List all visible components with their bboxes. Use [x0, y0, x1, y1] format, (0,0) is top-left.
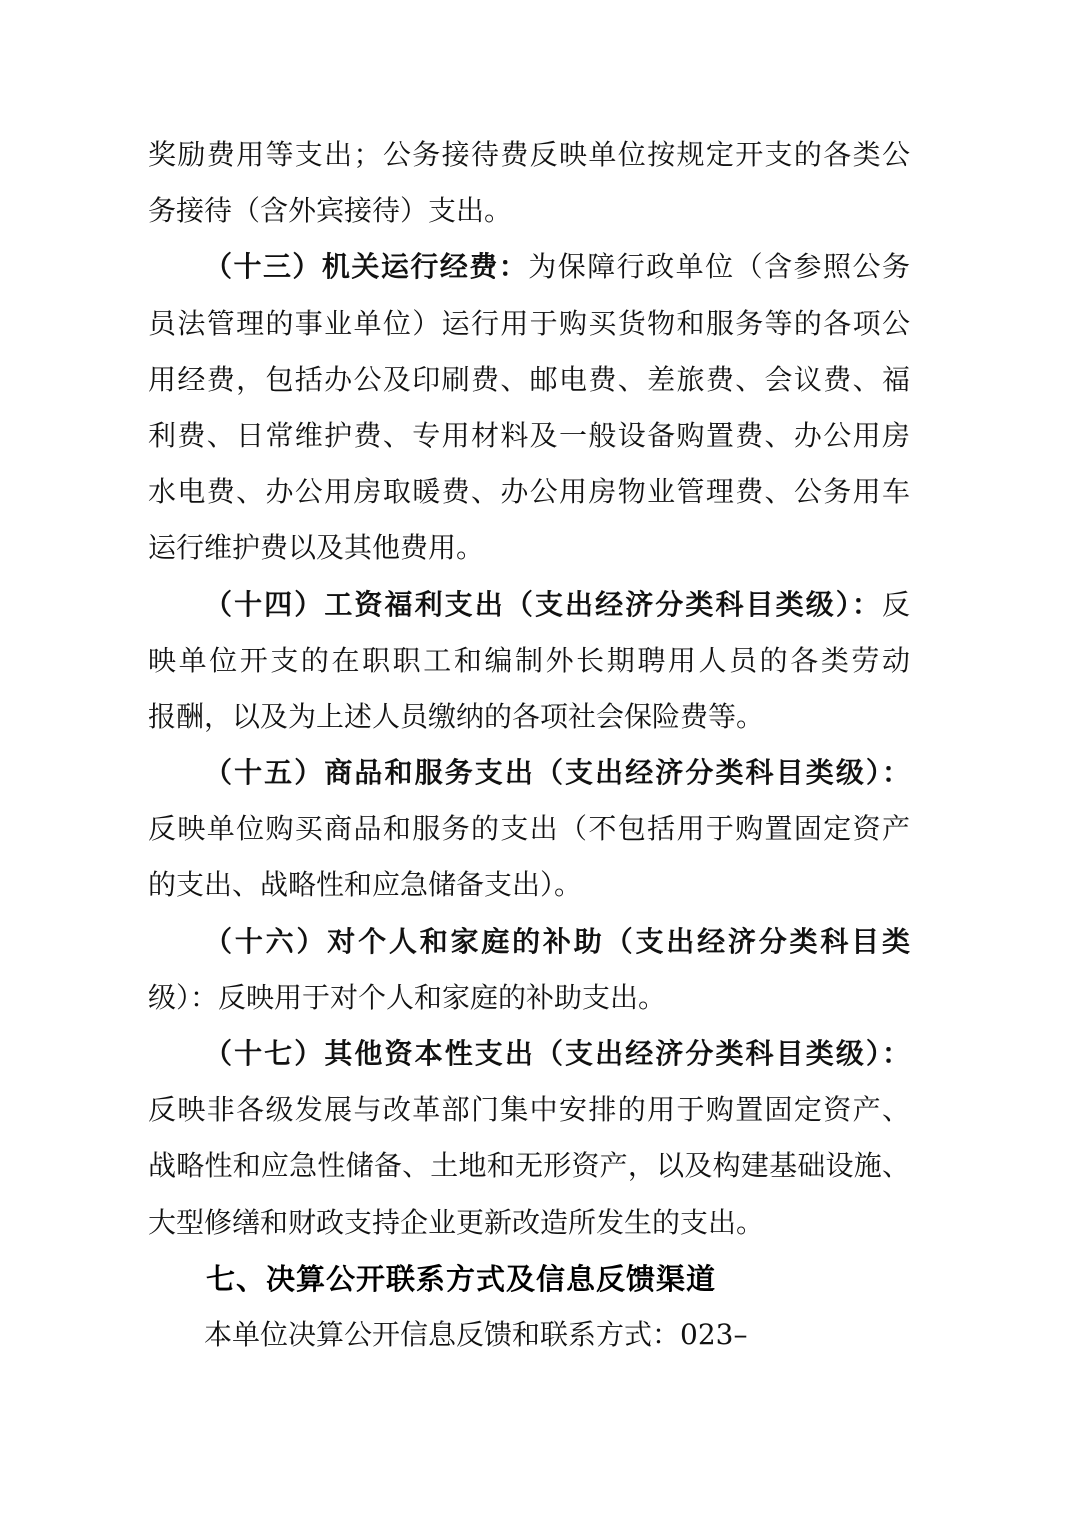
- text-line: 利费、日常维护费、专用材料及一般设备购置费、办公用房: [148, 408, 910, 464]
- text-line: （十三）机关运行经费：为保障行政单位（含参照公务: [148, 239, 910, 295]
- body-text: 映单位开支的在职职工和编制外长期聘用人员的各类劳动: [148, 644, 910, 677]
- body-text: 为保障行政单位（含参照公务: [528, 250, 910, 283]
- text-line: （十七）其他资本性支出（支出经济分类科目类级）：: [148, 1026, 910, 1082]
- text-line: 奖励费用等支出；公务接待费反映单位按规定开支的各类公: [148, 127, 910, 183]
- text-line: 反映单位购买商品和服务的支出（不包括用于购置固定资产: [148, 801, 910, 857]
- text-line: 大型修缮和财政支持企业更新改造所发生的支出。: [148, 1195, 910, 1251]
- text-line: 级）：反映用于对个人和家庭的补助支出。: [148, 970, 910, 1026]
- body-text: 奖励费用等支出；公务接待费反映单位按规定开支的各类公: [148, 138, 910, 171]
- text-line: 反映非各级发展与改革部门集中安排的用于购置固定资产、: [148, 1082, 910, 1138]
- text-line: 的支出、战略性和应急储备支出）。: [148, 857, 910, 913]
- text-line: （十五）商品和服务支出（支出经济分类科目类级）：: [148, 745, 910, 801]
- body-text: 利费、日常维护费、专用材料及一般设备购置费、办公用房: [148, 419, 910, 452]
- body-text: 用经费，包括办公及印刷费、邮电费、差旅费、会议费、福: [148, 363, 910, 396]
- emphasized-term-text: （十五）商品和服务支出（支出经济分类科目类级）：: [204, 756, 910, 789]
- body-text: 本单位决算公开信息反馈和联系方式：023–63859936。: [148, 1318, 747, 1363]
- text-line: 务接待（含外宾接待）支出。: [148, 183, 910, 239]
- text-line: 本单位决算公开信息反馈和联系方式：023–63859936。: [148, 1307, 910, 1363]
- emphasized-term-text: （十七）其他资本性支出（支出经济分类科目类级）：: [204, 1037, 910, 1070]
- body-text: 的支出、战略性和应急储备支出）。: [148, 868, 582, 901]
- body-text: 战略性和应急性储备、土地和无形资产，以及构建基础设施、: [148, 1149, 910, 1182]
- emphasized-term-text: 七、决算公开联系方式及信息反馈渠道: [206, 1262, 716, 1296]
- text-line: 水电费、办公用房取暖费、办公用房物业管理费、公务用车: [148, 464, 910, 520]
- text-line: 员法管理的事业单位）运行用于购买货物和服务等的各项公: [148, 296, 910, 352]
- text-line: 战略性和应急性储备、土地和无形资产，以及构建基础设施、: [148, 1138, 910, 1194]
- body-text: 务接待（含外宾接待）支出。: [148, 194, 512, 227]
- text-line: 报酬，以及为上述人员缴纳的各项社会保险费等。: [148, 689, 910, 745]
- text-line: 用经费，包括办公及印刷费、邮电费、差旅费、会议费、福: [148, 352, 910, 408]
- document-page: 奖励费用等支出；公务接待费反映单位按规定开支的各类公务接待（含外宾接待）支出。（…: [0, 0, 1074, 1520]
- body-text: 反映非各级发展与改革部门集中安排的用于购置固定资产、: [148, 1093, 910, 1126]
- body-text: 报酬，以及为上述人员缴纳的各项社会保险费等。: [148, 700, 764, 733]
- body-text: 级）：反映用于对个人和家庭的补助支出。: [148, 981, 666, 1014]
- body-text: 员法管理的事业单位）运行用于购买货物和服务等的各项公: [148, 307, 910, 340]
- text-line: 映单位开支的在职职工和编制外长期聘用人员的各类劳动: [148, 633, 910, 689]
- emphasized-term-text: （十三）机关运行经费：: [204, 250, 528, 283]
- text-line: （十六）对个人和家庭的补助（支出经济分类科目类: [148, 914, 910, 970]
- body-text: 大型修缮和财政支持企业更新改造所发生的支出。: [148, 1206, 764, 1239]
- body-text: 反: [882, 588, 910, 621]
- body-text: 运行维护费以及其他费用。: [148, 531, 484, 564]
- text-line: 运行维护费以及其他费用。: [148, 520, 910, 576]
- body-text: 反映单位购买商品和服务的支出（不包括用于购置固定资产: [148, 812, 910, 845]
- emphasized-term-text: （十六）对个人和家庭的补助（支出经济分类科目类: [204, 925, 910, 958]
- body-text: 水电费、办公用房取暖费、办公用房物业管理费、公务用车: [148, 475, 910, 508]
- text-line: （十四）工资福利支出（支出经济分类科目类级）：反: [148, 577, 910, 633]
- section-heading: 七、决算公开联系方式及信息反馈渠道: [148, 1251, 910, 1307]
- emphasized-term-text: （十四）工资福利支出（支出经济分类科目类级）：: [204, 588, 882, 621]
